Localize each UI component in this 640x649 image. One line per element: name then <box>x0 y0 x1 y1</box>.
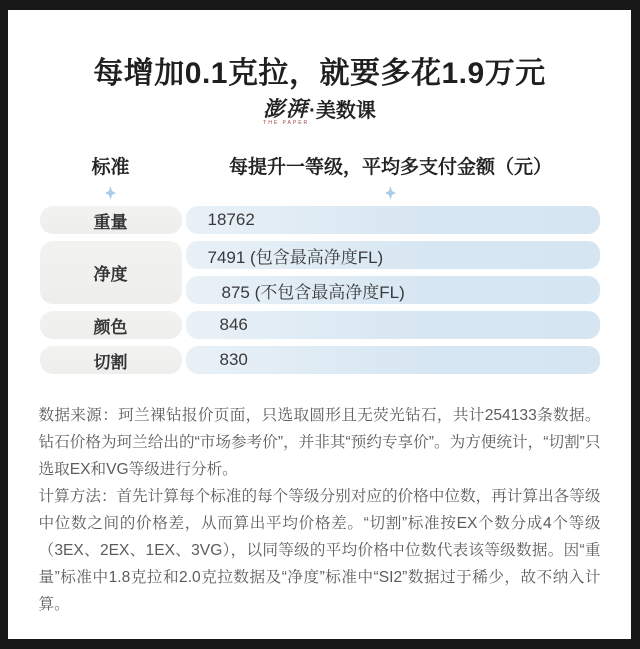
row-label-color: 颜色 <box>40 311 182 339</box>
value-bar-clarity-with-fl: 7491 (包含最高净度FL) <box>186 241 600 269</box>
table-row-color: 颜色 846 <box>40 311 600 339</box>
brand-logo-en: THE PAPER <box>263 121 309 126</box>
diamond-marker-cell-right <box>182 186 600 200</box>
table-row-cut: 切割 830 <box>40 346 600 374</box>
footnote-methodology: 计算方法：首先计算每个标准的每个等级分别对应的价格中位数，再计算出各等级中位数之… <box>39 483 601 618</box>
diamond-icon <box>385 186 396 200</box>
brand-logo-zh: 澎湃 <box>263 99 309 120</box>
row-label-clarity: 净度 <box>40 241 182 304</box>
brand-logo-pengpai: 澎湃 THE PAPER <box>263 99 309 126</box>
column-header-amount: 每提升一等级，平均多支付金额（元） <box>182 152 600 179</box>
value-bar-cut: 830 <box>186 346 600 374</box>
price-table: 标准 每提升一等级，平均多支付金额（元） 重量 18762 净度 <box>40 152 600 374</box>
column-header-standard: 标准 <box>40 152 182 179</box>
value-bar-clarity-without-fl: 875 (不包含最高净度FL) <box>186 276 600 304</box>
diamond-marker-cell-left <box>40 186 182 200</box>
row-values-weight: 18762 <box>186 206 600 234</box>
row-label-cut: 切割 <box>40 346 182 374</box>
row-values-color: 846 <box>186 311 600 339</box>
header-diamond-markers <box>40 186 600 200</box>
value-bar-weight: 18762 <box>186 206 600 234</box>
infographic-card: 每增加0.1克拉，就要多花1.9万元 澎湃 THE PAPER ·美数课 标准 … <box>8 10 631 639</box>
table-row-clarity: 净度 7491 (包含最高净度FL) 875 (不包含最高净度FL) <box>40 241 600 304</box>
table-row-weight: 重量 18762 <box>40 206 600 234</box>
table-header-row: 标准 每提升一等级，平均多支付金额（元） <box>40 152 600 179</box>
row-label-weight: 重量 <box>40 206 182 234</box>
brand-logo: 澎湃 THE PAPER ·美数课 <box>8 99 631 126</box>
footnote-data-source: 数据来源：珂兰裸钻报价页面，只选取圆形且无荧光钻石，共计254133条数据。钻石… <box>39 402 601 483</box>
footnotes: 数据来源：珂兰裸钻报价页面，只选取圆形且无荧光钻石，共计254133条数据。钻石… <box>39 402 601 618</box>
page-title: 每增加0.1克拉，就要多花1.9万元 <box>8 48 631 92</box>
brand-logo-suffix: ·美数课 <box>309 99 376 123</box>
diamond-icon <box>105 186 116 200</box>
row-values-clarity: 7491 (包含最高净度FL) 875 (不包含最高净度FL) <box>186 241 600 304</box>
value-bar-color: 846 <box>186 311 600 339</box>
image-frame: 每增加0.1克拉，就要多花1.9万元 澎湃 THE PAPER ·美数课 标准 … <box>0 0 640 649</box>
row-values-cut: 830 <box>186 346 600 374</box>
